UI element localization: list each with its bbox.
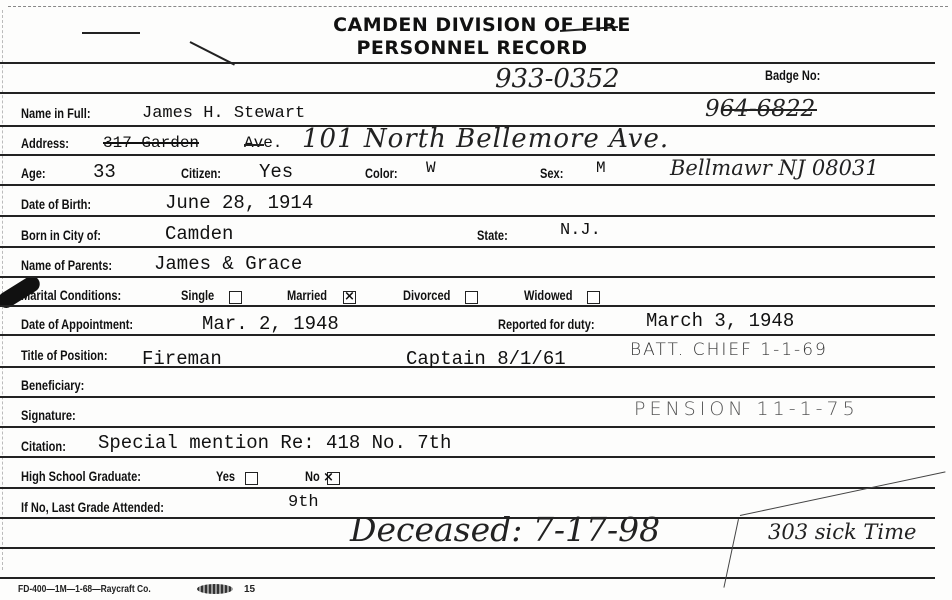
- marital-widowed-checkbox[interactable]: [587, 291, 600, 304]
- form-code: FD-400—1M—1-68—Raycraft Co.: [18, 584, 151, 595]
- name-value: James H. Stewart: [142, 104, 305, 123]
- handwritten-number: 933-0352: [495, 64, 620, 94]
- badge-no-label: Badge No:: [765, 68, 820, 83]
- rule: [0, 456, 935, 458]
- rule: [0, 305, 935, 307]
- title-promotion-typed: Captain 8/1/61: [406, 348, 566, 370]
- parents-label: Name of Parents:: [21, 258, 112, 273]
- marital-married-checkbox[interactable]: ×: [343, 291, 356, 304]
- color-label: Color:: [365, 166, 398, 181]
- pension-note-handwritten: PENSION 11-1-75: [634, 398, 859, 420]
- hs-grad-yes-checkbox[interactable]: [245, 472, 258, 485]
- hs-grad-label: High School Graduate:: [21, 469, 141, 484]
- marital-married-label: Married: [287, 288, 327, 303]
- name-label: Name in Full:: [21, 106, 91, 121]
- handwritten-address: 101 North Bellemore Ave.: [302, 124, 669, 154]
- handwritten-address-city: Bellmawr NJ 08031: [670, 156, 879, 180]
- rule: [0, 276, 935, 278]
- hs-grad-yes-label: Yes: [216, 469, 235, 484]
- citation-value: Special mention Re: 418 No. 7th: [98, 432, 451, 454]
- reported-label: Reported for duty:: [498, 317, 595, 332]
- rule: [0, 215, 935, 217]
- deceased-note-handwritten: Deceased: 7-17-98: [350, 510, 660, 549]
- rule: [0, 62, 935, 64]
- check-x-icon: ×: [323, 469, 334, 487]
- last-grade-label: If No, Last Grade Attended:: [21, 500, 164, 515]
- marital-single-label: Single: [181, 288, 214, 303]
- citation-label: Citation:: [21, 439, 66, 454]
- rule: [0, 246, 935, 248]
- rule: [0, 577, 935, 579]
- sex-label: Sex:: [540, 166, 563, 181]
- age-value: 33: [93, 161, 116, 183]
- state-label: State:: [477, 228, 508, 243]
- check-x-icon: ×: [344, 288, 355, 306]
- age-label: Age:: [21, 166, 46, 181]
- personnel-record-card: CAMDEN DIVISION OF FIRE PERSONNEL RECORD…: [0, 0, 952, 600]
- hs-grad-no-checkbox[interactable]: ×: [327, 472, 340, 485]
- card-top-edge: [8, 6, 948, 8]
- marital-label: Marital Conditions:: [21, 288, 121, 303]
- pen-line: [740, 471, 946, 516]
- strikethrough: [244, 144, 264, 146]
- title-position-value: Fireman: [142, 348, 222, 370]
- sex-value: M: [596, 159, 606, 177]
- form-subtitle: PERSONNEL RECORD: [0, 37, 948, 59]
- reported-value: March 3, 1948: [646, 310, 794, 332]
- address-label: Address:: [21, 136, 69, 151]
- rule: [0, 487, 935, 489]
- rule: [0, 426, 935, 428]
- state-value: N.J.: [560, 221, 601, 240]
- appointment-label: Date of Appointment:: [21, 317, 133, 332]
- sick-time-note-handwritten: 303 sick Time: [768, 520, 916, 544]
- union-label-icon: [197, 584, 233, 594]
- strikethrough: [722, 109, 817, 111]
- dob-label: Date of Birth:: [21, 197, 91, 212]
- last-grade-value: 9th: [288, 493, 319, 512]
- address-old-value: 317 Garden: [103, 134, 199, 152]
- hs-grad-no-label: No: [305, 469, 320, 484]
- title-promotion-handwritten: BATT. CHIEF 1-1-69: [630, 340, 828, 360]
- rule: [0, 334, 935, 336]
- parents-value: James & Grace: [154, 253, 302, 275]
- signature-label: Signature:: [21, 408, 76, 423]
- marital-single-checkbox[interactable]: [229, 291, 242, 304]
- beneficiary-label: Beneficiary:: [21, 378, 84, 393]
- born-city-label: Born in City of:: [21, 228, 101, 243]
- rule: [0, 92, 935, 94]
- color-value: W: [426, 159, 436, 177]
- citizen-label: Citizen:: [181, 166, 221, 181]
- born-city-value: Camden: [165, 223, 233, 245]
- form-title: CAMDEN DIVISION OF FIRE: [6, 14, 952, 36]
- rule: [0, 184, 935, 186]
- page-number: 15: [244, 584, 255, 595]
- marital-divorced-label: Divorced: [403, 288, 450, 303]
- address-suffix: Ave.: [244, 134, 282, 152]
- marital-widowed-label: Widowed: [524, 288, 572, 303]
- appointment-value: Mar. 2, 1948: [202, 313, 339, 335]
- marital-divorced-checkbox[interactable]: [465, 291, 478, 304]
- citizen-value: Yes: [259, 161, 293, 183]
- card-left-edge: [2, 10, 3, 570]
- dob-value: June 28, 1914: [165, 192, 313, 214]
- title-position-label: Title of Position:: [21, 348, 108, 363]
